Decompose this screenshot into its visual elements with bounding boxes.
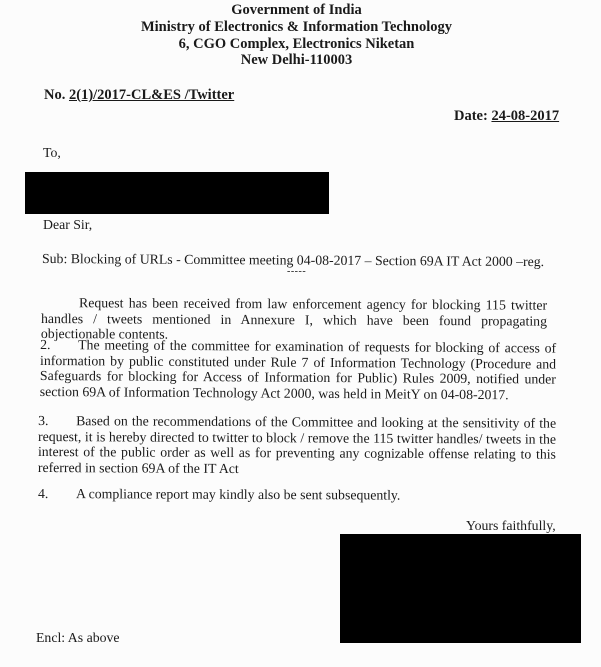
reference-number: No. 2(1)/2017-CL&ES /Twitter bbox=[44, 87, 234, 104]
enclosure: Encl: As above bbox=[36, 630, 120, 646]
redacted-signature-block bbox=[340, 534, 581, 643]
paragraph-2-text: The meeting of the committee for examina… bbox=[40, 337, 556, 402]
salutation: Dear Sir, bbox=[43, 217, 92, 233]
letterhead-address: 6, CGO Complex, Electronics Niketan bbox=[0, 36, 597, 53]
paragraph-4-text: A compliance report may kindly also be s… bbox=[76, 486, 400, 502]
reference-value: 2(1)/2017-CL&ES /Twitter bbox=[69, 87, 234, 103]
paragraph-3-text: Based on the recommendations of the Comm… bbox=[38, 413, 556, 476]
letter-date: Date: 24-08-2017 bbox=[454, 108, 559, 125]
paragraph-1-text: Request has been received from law enfor… bbox=[41, 295, 547, 342]
letterhead-government: Government of India bbox=[0, 2, 597, 19]
redacted-recipient-block bbox=[25, 172, 329, 214]
paragraph-3-number: 3. bbox=[38, 413, 76, 429]
date-value: 24-08-2017 bbox=[491, 108, 559, 124]
closing: Yours faithfully, bbox=[466, 518, 556, 534]
reference-prefix: No. bbox=[44, 87, 69, 103]
paragraph-3: 3.Based on the recommendations of the Co… bbox=[38, 413, 556, 478]
letterhead-ministry: Ministry of Electronics & Information Te… bbox=[0, 19, 597, 36]
subject-separator: ----- bbox=[287, 266, 306, 277]
paragraph-4-number: 4. bbox=[38, 486, 76, 502]
paragraph-2: 2.The meeting of the committee for exami… bbox=[40, 337, 556, 403]
paragraph-4: 4.A compliance report may kindly also be… bbox=[38, 486, 556, 504]
paragraph-2-number: 2. bbox=[40, 337, 78, 353]
date-label: Date: bbox=[454, 108, 491, 124]
letterhead-city: New Delhi-110003 bbox=[0, 52, 597, 69]
to-label: To, bbox=[43, 145, 61, 161]
